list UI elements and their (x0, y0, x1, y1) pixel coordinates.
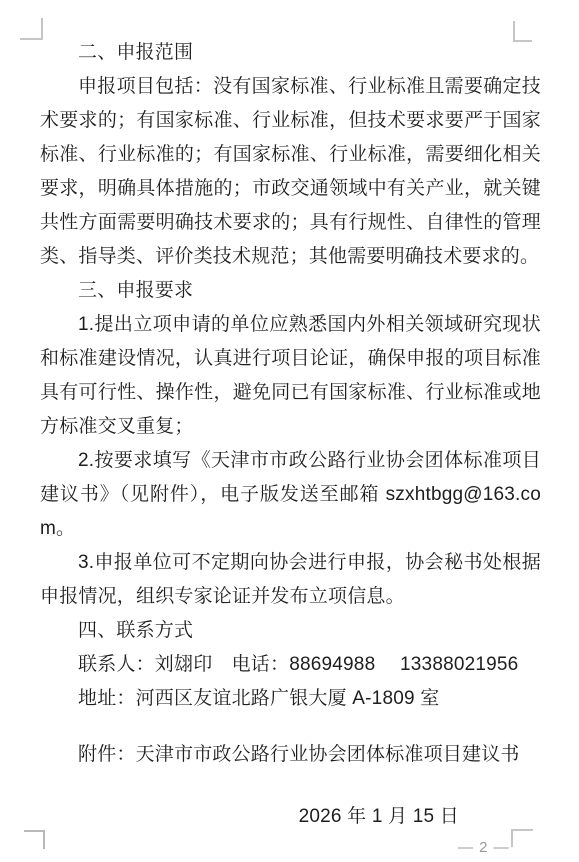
paragraph-requirement-1: 1.提出立项申请的单位应熟悉国内外相关领域研究现状和标准建设情况，认真进行项目论… (40, 308, 541, 444)
attachment-line: 附件：天津市市政公路行业协会团体标准项目建议书 (40, 738, 541, 772)
section-heading-requirements: 三、申报要求 (40, 274, 541, 308)
contact-address-line: 地址：河西区友谊北路广银大厦 A-1809 室 (40, 682, 541, 716)
document-page: 二、申报范围 申报项目包括：没有国家标准、行业标准且需要确定技术要求的；有国家标… (0, 0, 579, 862)
section-heading-scope: 二、申报范围 (40, 36, 541, 70)
document-date: 2026 年 1 月 15 日 (40, 800, 541, 834)
contact-person-line: 联系人：刘翃印 电话：88694988 13388021956 (40, 648, 541, 682)
page-number: — 2 — (458, 839, 510, 856)
paragraph-requirement-3: 3.申报单位可不定期向协会进行申报，协会秘书处根据申报情况，组织专家论证并发布立… (40, 546, 541, 614)
document-body: 二、申报范围 申报项目包括：没有国家标准、行业标准且需要确定技术要求的；有国家标… (0, 0, 579, 834)
paragraph-scope-body: 申报项目包括：没有国家标准、行业标准且需要确定技术要求的；有国家标准、行业标准，… (40, 70, 541, 274)
paragraph-requirement-2: 2.按要求填写《天津市市政公路行业协会团体标准项目建议书》（见附件），电子版发送… (40, 444, 541, 546)
section-heading-contact: 四、联系方式 (40, 614, 541, 648)
